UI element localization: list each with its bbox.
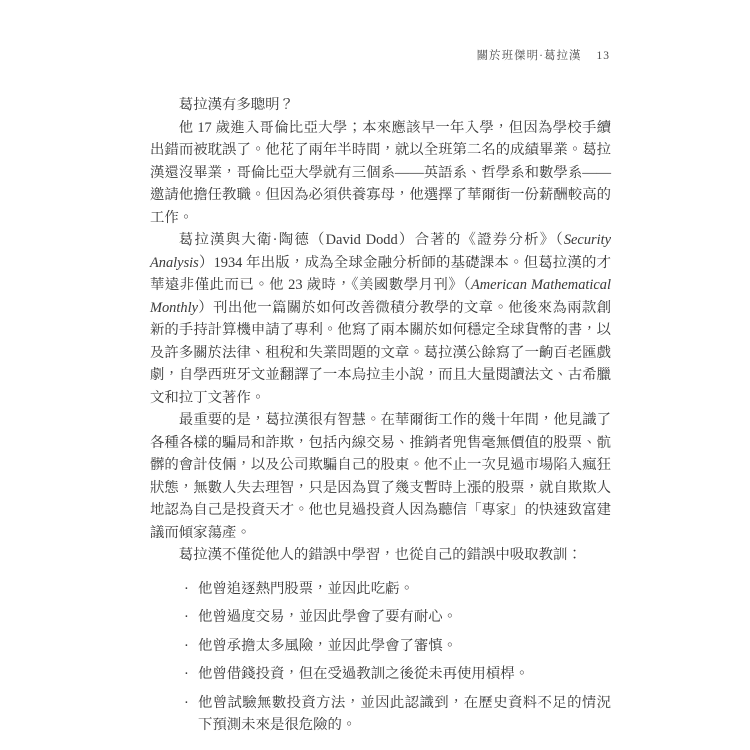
page-number: 13 bbox=[597, 50, 611, 62]
paragraph-wisdom: 最重要的是，葛拉漢很有智慧。在華爾街工作的幾十年間，他見識了各種各樣的騙局和詐欺… bbox=[150, 409, 611, 544]
paragraph-security-analysis: 葛拉漢與大衛·陶德（David Dodd）合著的《證券分析》（Security … bbox=[150, 229, 611, 409]
bullet-text: 他曾追逐熱門股票，並因此吃虧。 bbox=[198, 578, 611, 601]
running-header: 關於班傑明·葛拉漢 13 bbox=[477, 47, 610, 63]
bullet-item: · 他曾過度交易，並因此學會了要有耐心。 bbox=[184, 606, 611, 629]
bullet-dot-icon: · bbox=[184, 692, 198, 737]
bullet-text: 他曾承擔太多風險，並因此學會了審慎。 bbox=[198, 635, 611, 658]
bullet-text: 他曾試驗無數投資方法，並因此認識到，在歷史資料不足的情況下預測未來是很危險的。 bbox=[198, 692, 611, 737]
book-page: 關於班傑明·葛拉漢 13 葛拉漢有多聰明？ 他 17 歲進入哥倫比亞大學；本來應… bbox=[0, 0, 750, 750]
bullet-text: 他曾過度交易，並因此學會了要有耐心。 bbox=[198, 606, 611, 629]
bullet-item: · 他曾承擔太多風險，並因此學會了審慎。 bbox=[184, 635, 611, 658]
paragraph-lessons-intro: 葛拉漢不僅從他人的錯誤中學習，也從自己的錯誤中吸取教訓： bbox=[150, 544, 611, 567]
bullet-dot-icon: · bbox=[184, 578, 198, 601]
bullet-dot-icon: · bbox=[184, 663, 198, 686]
running-header-title: 關於班傑明·葛拉漢 bbox=[477, 47, 582, 63]
paragraph-columbia: 他 17 歲進入哥倫比亞大學；本來應該早一年入學，但因為學校手續出錯而被耽誤了。… bbox=[150, 117, 611, 230]
bullet-text: 他曾借錢投資，但在受過教訓之後從未再使用槓桿。 bbox=[198, 663, 611, 686]
bullet-item: · 他曾借錢投資，但在受過教訓之後從未再使用槓桿。 bbox=[184, 663, 611, 686]
bullet-dot-icon: · bbox=[184, 635, 198, 658]
bullet-item: · 他曾追逐熱門股票，並因此吃虧。 bbox=[184, 578, 611, 601]
bullet-dot-icon: · bbox=[184, 606, 198, 629]
bullet-item: · 他曾試驗無數投資方法，並因此認識到，在歷史資料不足的情況下預測未來是很危險的… bbox=[184, 692, 611, 737]
page-body: 葛拉漢有多聰明？ 他 17 歲進入哥倫比亞大學；本來應該早一年入學，但因為學校手… bbox=[150, 94, 611, 743]
lessons-bullet-list: · 他曾追逐熱門股票，並因此吃虧。 · 他曾過度交易，並因此學會了要有耐心。 ·… bbox=[150, 578, 611, 737]
paragraph-question: 葛拉漢有多聰明？ bbox=[150, 94, 611, 117]
